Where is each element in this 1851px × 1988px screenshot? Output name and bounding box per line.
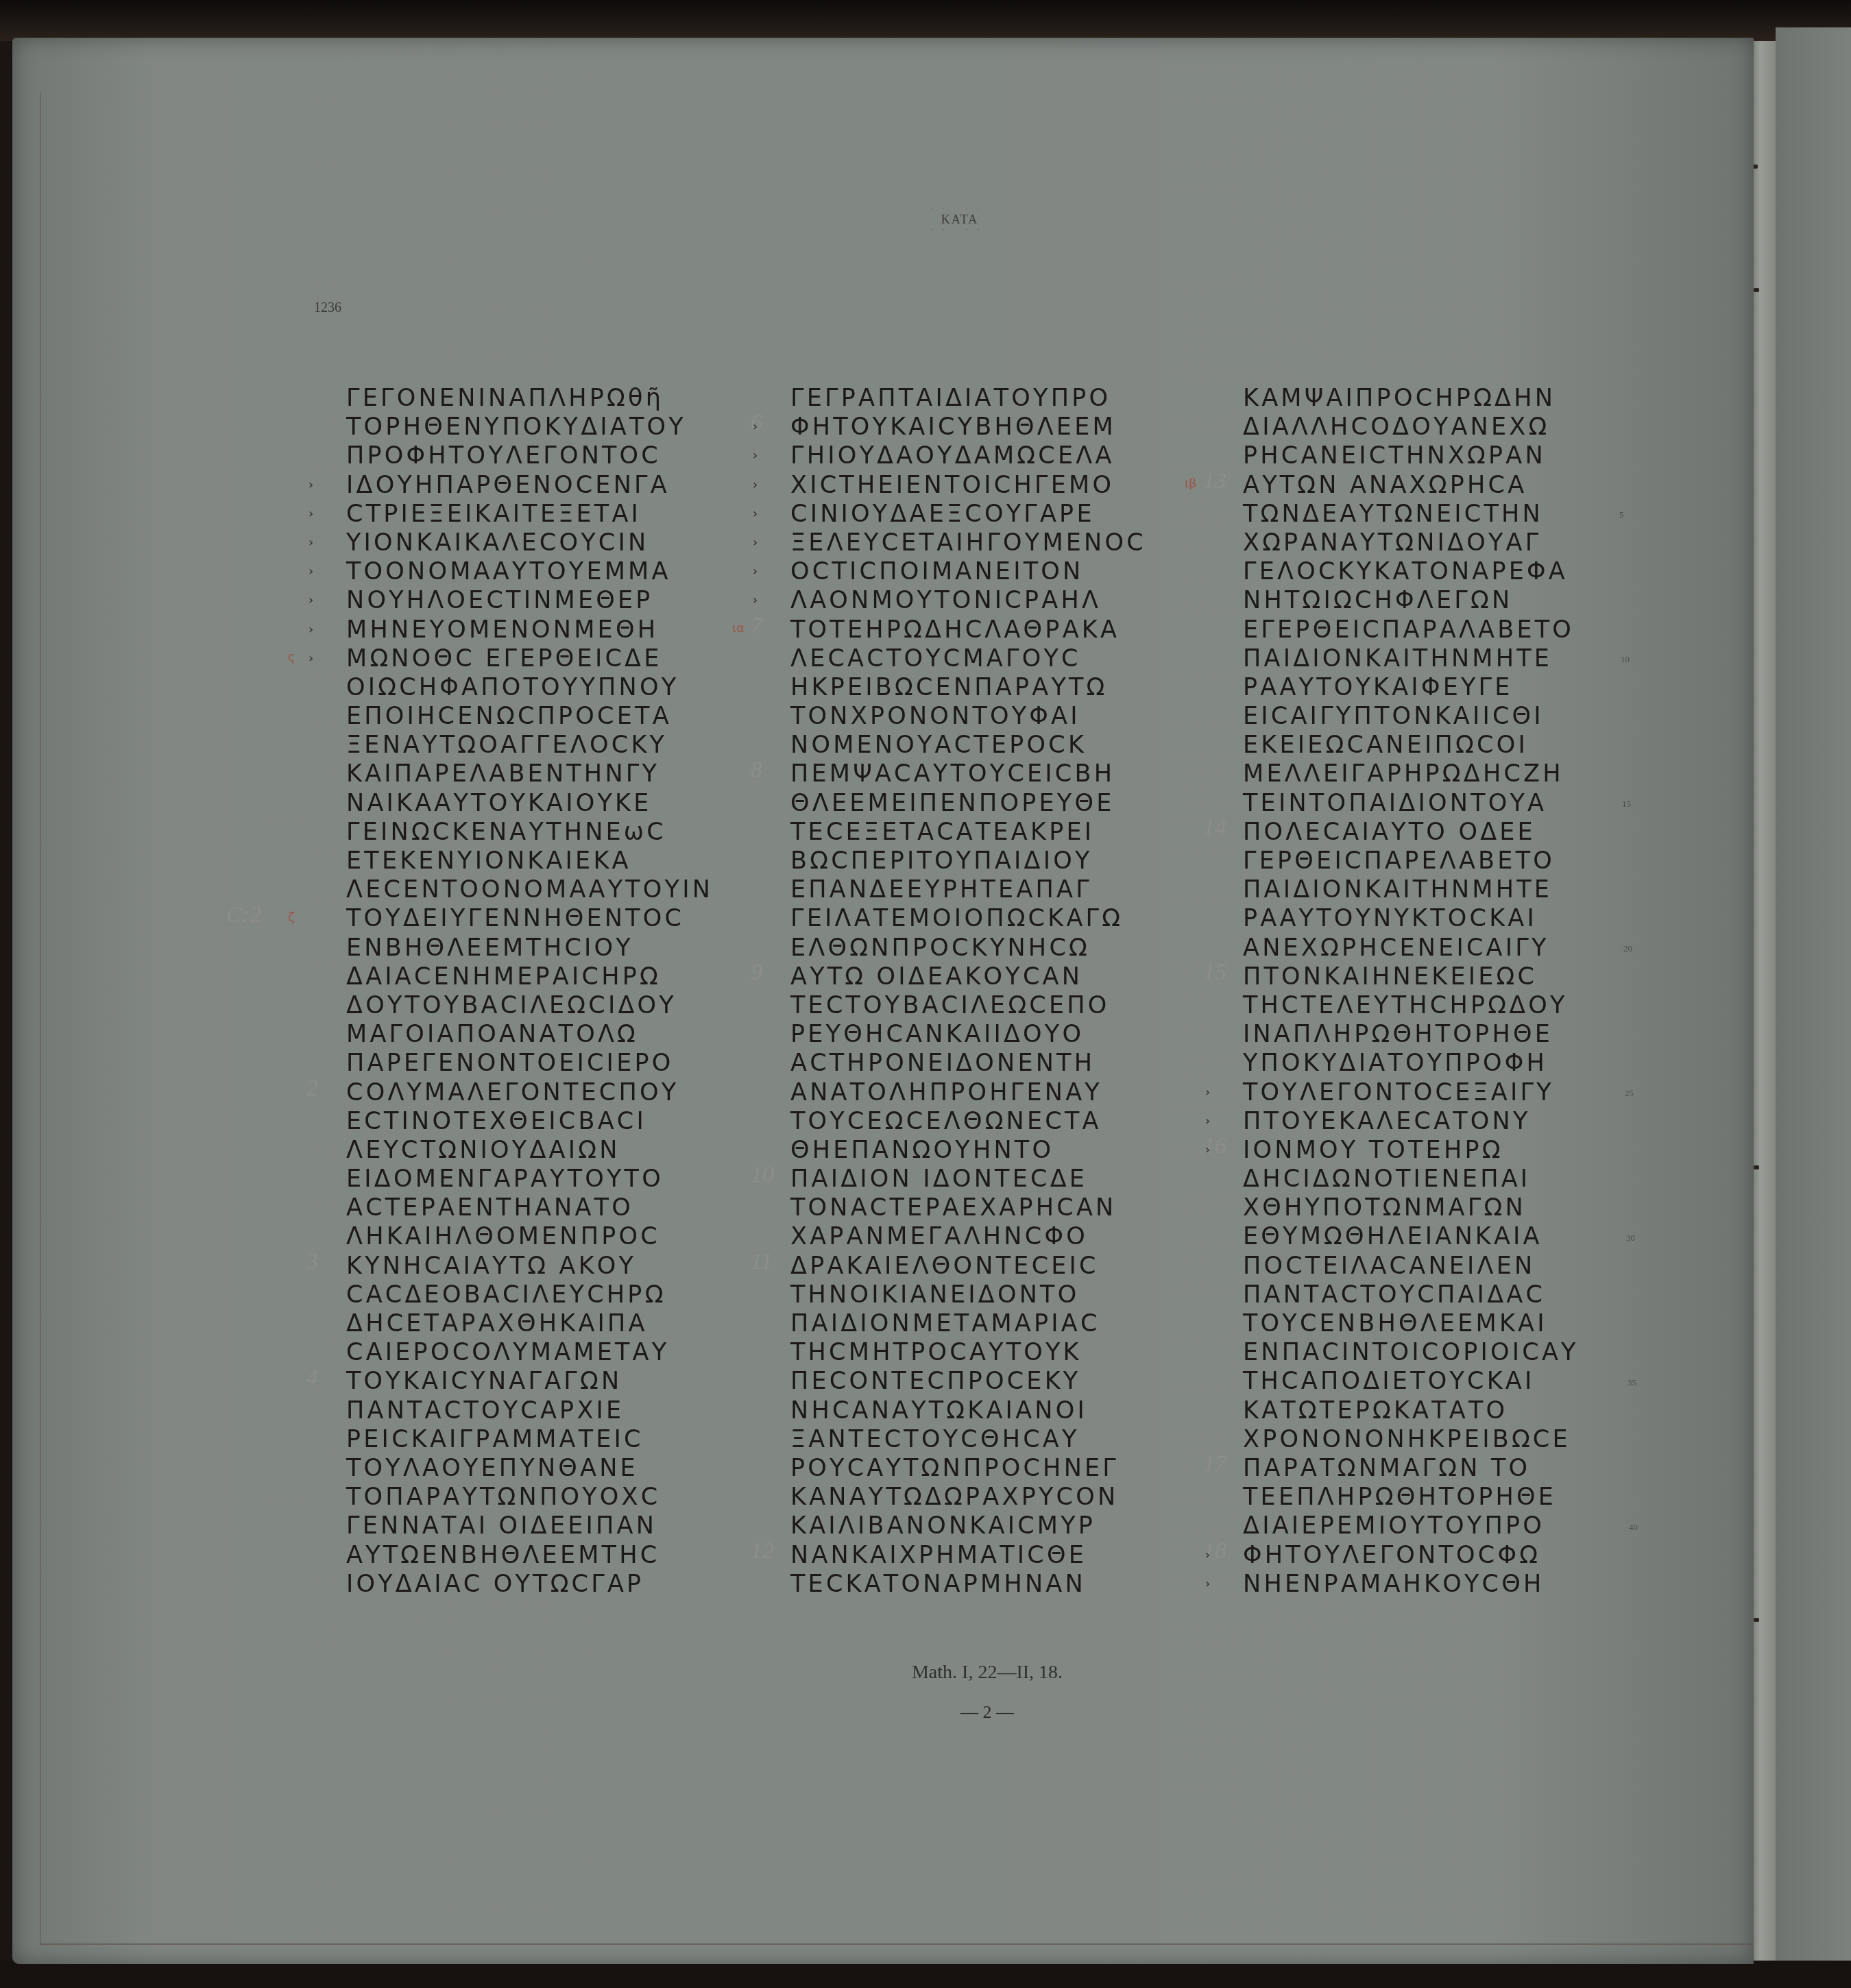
text-line: ΤΗϹΤΕΛΕΥΤΗϹΗΡΩΔΟΥ: [1243, 991, 1579, 1020]
text-line: ΔΗϹΙΔΩΝΟΤΙΕΝΕΠΑΙ: [1243, 1165, 1579, 1193]
text-line: ΜΩΝΟΘϹ ΕΓΕΡΘΕΙϹΔΕ: [346, 644, 713, 673]
text-line: ΛΕϹΑϹΤΟΥϹΜΑΓΟΥϹ: [790, 644, 1146, 673]
running-head-text: KATA: [929, 213, 991, 227]
text-line: ΔΙΑΛΛΗϹΟΔΟΥΑΝΕΧΩ: [1243, 413, 1579, 441]
text-line: ΥΙΟΝΚΑΙΚΑΛΕϹΟΥϹΙΝ: [346, 529, 713, 557]
text-line: ΘΗΕΠΑΝΩΟΥΗΝΤΟ: [790, 1136, 1146, 1165]
diple-quotation-mark: ›: [1205, 1085, 1210, 1100]
text-line: ΝΟΜΕΝΟΥΑϹΤΕΡΟϹΚ: [790, 731, 1146, 760]
diple-quotation-mark: ›: [753, 535, 758, 550]
text-line: ΛΕΥϹΤΩΝΙΟΥΔΑΙΩΝ: [346, 1136, 713, 1165]
pencil-verse-number: 15: [1203, 960, 1226, 986]
diple-quotation-mark: ›: [753, 478, 758, 492]
line-counter: 25: [1625, 1088, 1634, 1099]
text-line: ΕϹΤΙΝΟΤΕΧΘΕΙϹΒΑϹΙ: [346, 1107, 713, 1136]
pencil-verse-number: 7: [751, 613, 762, 639]
text-line: ΚΑΜΨΑΙΠΡΟϹΗΡΩΔΗΝ: [1243, 384, 1579, 413]
diple-quotation-mark: ›: [308, 593, 313, 607]
rubric-section-number: ζ: [288, 910, 295, 925]
text-line: ΠΑΙΔΙΟΝΚΑΙΤΗΝΜΗΤΕ: [1243, 644, 1579, 673]
pencil-verse-number: 4: [306, 1365, 318, 1391]
text-line: ΤΟΟΝΟΜΑΑΥΤΟΥΕΜΜΑ: [346, 557, 713, 586]
text-column-right: ΚΑΜΨΑΙΠΡΟϹΗΡΩΔΗΝΔΙΑΛΛΗϹΟΔΟΥΑΝΕΧΩΡΗϹΑΝΕΙϹ…: [1243, 384, 1579, 1599]
text-line: ΤΟΥΚΑΙϹΥΝΑΓΑΓΩΝ: [346, 1367, 713, 1396]
text-line: ΡΑΑΥΤΟΥΚΑΙΦΕΥΓΕ: [1243, 673, 1579, 702]
line-counter: 10: [1621, 654, 1630, 665]
text-line: ΔΡΑΚΑΙΕΛΘΟΝΤΕϹΕΙϹ: [790, 1252, 1146, 1281]
text-line: ΡΕΥΘΗϹΑΝΚΑΙΙΔΟΥΟ: [790, 1020, 1146, 1049]
text-line: ΙΟΝΜΟΥ ΤΟΤΕΗΡΩ: [1243, 1136, 1579, 1165]
text-line: ΓΕΓΡΑΠΤΑΙΔΙΑΤΟΥΠΡΟ: [790, 384, 1146, 413]
binding-stitch: [1754, 1165, 1759, 1169]
pencil-verse-number: 9: [751, 960, 762, 986]
text-line: ΙΝΑΠΛΗΡΩΘΗΤΟΡΗΘΕ: [1243, 1020, 1579, 1049]
text-line: ϹΤΡΙΕΞΕΙΚΑΙΤΕΞΕΤΑΙ: [346, 500, 713, 529]
text-line: ΟϹΤΙϹΠΟΙΜΑΝΕΙΤΟΝ: [790, 557, 1146, 586]
text-line: ΓΕΡΘΕΙϹΠΑΡΕΛΑΒΕΤΟ: [1243, 847, 1579, 875]
text-line: ΤΕϹΕΞΕΤΑϹΑΤΕΑΚΡΕΙ: [790, 818, 1146, 847]
text-line: ΤΟΥϹΕΩϹΕΛΘΩΝΕϹΤΑ: [790, 1107, 1146, 1136]
diple-quotation-mark: ›: [753, 564, 758, 579]
scripture-reference: Math. I, 22—II, 18.: [850, 1662, 1124, 1684]
line-counter: 30: [1626, 1233, 1635, 1244]
page-number: — 2 —: [850, 1702, 1124, 1723]
page-edge-left: [40, 93, 41, 1943]
text-line: ΕΝΒΗΘΛΕΕΜΤΗϹΙΟΥ: [346, 934, 713, 962]
text-line: ΘΛΕΕΜΕΙΠΕΝΠΟΡΕΥΘΕ: [790, 789, 1146, 818]
diple-quotation-mark: ›: [753, 593, 758, 607]
text-line: ΙΔΟΥΗΠΑΡΘΕΝΟϹΕΝΓΑ: [346, 471, 713, 500]
text-line: ΠΑΙΔΙΟΝΚΑΙΤΗΝΜΗΤΕ: [1243, 875, 1579, 904]
text-line: ϹΑϹΔΕΟΒΑϹΙΛΕΥϹΗΡΩ: [346, 1281, 713, 1309]
pencil-verse-number: 14: [1203, 815, 1226, 841]
text-line: ΤΕϹΤΟΥΒΑϹΙΛΕΩϹΕΠΟ: [790, 991, 1146, 1020]
text-line: ΜΗΝΕΥΟΜΕΝΟΝΜΕΘΗ: [346, 616, 713, 644]
text-line: ΤΟΥΛΕΓΟΝΤΟϹΕΞΑΙΓΥ: [1243, 1078, 1579, 1107]
text-line: ΕΙϹΑΙΓΥΠΤΟΝΚΑΙΙϹΘΙ: [1243, 702, 1579, 731]
pencil-verse-number: 3: [306, 1249, 318, 1275]
text-line: ΤΟΝΑϹΤΕΡΑΕΧΑΡΗϹΑΝ: [790, 1193, 1146, 1222]
text-line: ΔΑΙΑϹΕΝΗΜΕΡΑΙϹΗΡΩ: [346, 962, 713, 991]
text-line: ΕΠΑΝΔΕΕΥΡΗΤΕΑΠΑΓ: [790, 875, 1146, 904]
text-line: ΠΑΙΔΙΟΝΜΕΤΑΜΑΡΙΑϹ: [790, 1309, 1146, 1338]
text-line: ΦΗΤΟΥΛΕΓΟΝΤΟϹΦΩ: [1243, 1541, 1579, 1570]
text-line: ΤΕϹΚΑΤΟΝΑΡΜΗΝΑΝ: [790, 1570, 1146, 1599]
text-line: ΛΑΟΝΜΟΥΤΟΝΙϹΡΑΗΛ: [790, 586, 1146, 615]
text-line: ΚΥΝΗϹΑΙΑΥΤΩ ΑΚΟΥ: [346, 1252, 713, 1281]
text-line: ΟΙΩϹΗΦΑΠΟΤΟΥΥΠΝΟΥ: [346, 673, 713, 702]
diple-quotation-mark: ›: [753, 507, 758, 521]
text-column-left: ΓΕΓΟΝΕΝΙΝΑΠΛΗΡΩθῆΤΟΡΗΘΕΝΥΠΟΚΥΔΙΑΤΟΥΠΡΟΦΗ…: [346, 384, 713, 1599]
text-line: ΤΟΠΑΡΑΥΤΩΝΠΟΥΟΧϹ: [346, 1483, 713, 1512]
text-line: ΜΑΓΟΙΑΠΟΑΝΑΤΟΛΩ: [346, 1020, 713, 1049]
text-line: ΝΗϹΑΝΑΥΤΩΚΑΙΑΝΟΙ: [790, 1396, 1146, 1425]
text-line: ΤΗϹΜΗΤΡΟϹΑΥΤΟΥΚ: [790, 1338, 1146, 1367]
text-line: ΑΝΑΤΟΛΗΠΡΟΗΓΕΝΑΥ: [790, 1078, 1146, 1107]
text-line: ΠΟϹΤΕΙΛΑϹΑΝΕΙΛΕΝ: [1243, 1252, 1579, 1281]
diple-quotation-mark: ›: [308, 622, 313, 637]
text-line: ΤΟΝΧΡΟΝΟΝΤΟΥΦΑΙ: [790, 702, 1146, 731]
pencil-verse-number: 8: [751, 757, 762, 784]
page-edge-bottom: [40, 1943, 1754, 1945]
text-column-middle: ΓΕΓΡΑΠΤΑΙΔΙΑΤΟΥΠΡΟΦΗΤΟΥΚΑΙϹΥΒΗΘΛΕΕΜΓΗΙΟΥ…: [790, 384, 1146, 1599]
text-line: ΝΑΝΚΑΙΧΡΗΜΑΤΙϹΘΕ: [790, 1541, 1146, 1570]
text-line: ΑϹΤΕΡΑΕΝΤΗΑΝΑΤΟ: [346, 1193, 713, 1222]
text-line: ΠΑΡΕΓΕΝΟΝΤΟΕΙϹΙΕΡΟ: [346, 1049, 713, 1078]
text-line: ΑΥΤΩΝ ΑΝΑΧΩΡΗϹΑ: [1243, 471, 1579, 500]
text-line: ΑϹΤΗΡΟΝΕΙΔΟΝΕΝΤΗ: [790, 1049, 1146, 1078]
text-line: ΕΚΕΙΕΩϹΑΝΕΙΠΩϹΟΙ: [1243, 731, 1579, 760]
text-line: ΚΑΝΑΥΤΩΔΩΡΑΧΡΥϹΟΝ: [790, 1483, 1146, 1512]
text-line: ΕΘΥΜΩΘΗΛΕΙΑΝΚΑΙΑ: [1243, 1222, 1579, 1251]
text-line: ΑΥΤΩΕΝΒΗΘΛΕΕΜΤΗϹ: [346, 1541, 713, 1570]
text-line: ΔΟΥΤΟΥΒΑϹΙΛΕΩϹΙΔΟΥ: [346, 991, 713, 1020]
text-line: ΤΟΥΛΑΟΥΕΠΥΝΘΑΝΕ: [346, 1454, 713, 1483]
text-line: ΝΑΙΚΑΑΥΤΟΥΚΑΙΟΥΚΕ: [346, 789, 713, 818]
diple-quotation-mark: ›: [308, 535, 313, 550]
text-line: ΠΑΡΑΤΩΝΜΑΓΩΝ ΤΟ: [1243, 1454, 1579, 1483]
text-line: ΠΡΟΦΗΤΟΥΛΕΓΟΝΤΟϹ: [346, 441, 713, 470]
line-counter: 5: [1619, 509, 1624, 520]
diple-quotation-mark: ›: [1205, 1143, 1210, 1157]
text-line: ΤΗΝΟΙΚΙΑΝΕΙΔΟΝΤΟ: [790, 1281, 1146, 1309]
facing-page-edge: [1776, 27, 1851, 1961]
text-line: ΓΕΛΟϹΚΥΚΑΤΟΝΑΡΕΦΑ: [1243, 557, 1579, 586]
line-counter: 15: [1622, 799, 1631, 810]
text-line: ΠΑΙΔΙΟΝ ΙΔΟΝΤΕϹΔΕ: [790, 1165, 1146, 1193]
text-line: ΗΚΡΕΙΒΩϹΕΝΠΑΡΑΥΤΩ: [790, 673, 1146, 702]
line-counter: 20: [1623, 943, 1632, 954]
running-head-dots: ·· ··: [929, 206, 991, 213]
text-line: ΠΑΝΤΑϹΤΟΥϹΑΡΧΙΕ: [346, 1396, 713, 1425]
pencil-verse-number: 13: [1203, 468, 1226, 494]
text-line: ΡΑΑΥΤΟΥΝΥΚΤΟϹΚΑΙ: [1243, 904, 1579, 933]
text-line: ΤΕΕΠΛΗΡΩΘΗΤΟΡΗΘΕ: [1243, 1483, 1579, 1512]
text-line: ΑΥΤΩ ΟΙΔΕΑΚΟΥϹΑΝ: [790, 962, 1146, 991]
text-line: ΙΟΥΔΑΙΑϹ ΟΥΤΩϹΓΑΡ: [346, 1570, 713, 1599]
text-line: ΚΑΙΛΙΒΑΝΟΝΚΑΙϹΜΥΡ: [790, 1512, 1146, 1540]
text-line: ΠΤΟΝΚΑΙΗΝΕΚΕΙΕΩϹ: [1243, 962, 1579, 991]
rubric-section-number: ς: [288, 650, 295, 664]
text-line: ΛΗΚΑΙΗΛΘΟΜΕΝΠΡΟϹ: [346, 1222, 713, 1251]
text-line: ΝΗΕΝΡΑΜΑΗΚΟΥϹΘΗ: [1243, 1570, 1579, 1599]
text-line: ΤΗϹΑΠΟΔΙΕΤΟΥϹΚΑΙ: [1243, 1367, 1579, 1396]
folio-number: 1236: [314, 300, 341, 316]
text-line: ΑΝΕΧΩΡΗϹΕΝΕΙϹΑΙΓΥ: [1243, 934, 1579, 962]
pencil-verse-number: 12: [751, 1538, 774, 1564]
diple-quotation-mark: ›: [308, 478, 313, 492]
diple-quotation-mark: ›: [1205, 1548, 1210, 1562]
text-line: ΠΕϹΟΝΤΕϹΠΡΟϹΕΚΥ: [790, 1367, 1146, 1396]
text-line: ΜΕΛΛΕΙΓΑΡΗΡΩΔΗϹΖΗ: [1243, 760, 1579, 788]
text-line: ΕΤΕΚΕΝΥΙΟΝΚΑΙΕΚΑ: [346, 847, 713, 875]
text-line: ΥΠΟΚΥΔΙΑΤΟΥΠΡΟΦΗ: [1243, 1049, 1579, 1078]
text-line: ΕΛΘΩΝΠΡΟϹΚΥΝΗϹΩ: [790, 934, 1146, 962]
text-line: ΡΕΙϹΚΑΙΓΡΑΜΜΑΤΕΙϹ: [346, 1425, 713, 1454]
text-line: ΓΕΓΟΝΕΝΙΝΑΠΛΗΡΩθῆ: [346, 384, 713, 413]
line-counter: 40: [1629, 1522, 1638, 1533]
book-binding-bottom: [0, 1961, 1851, 1988]
pencil-verse-number: 10: [751, 1162, 774, 1188]
diple-quotation-mark: ›: [308, 507, 313, 521]
text-line: ΚΑΤΩΤΕΡΩΚΑΤΑΤΟ: [1243, 1396, 1579, 1425]
text-line: ΞΑΝΤΕϹΤΟΥϹΘΗϹΑΥ: [790, 1425, 1146, 1454]
book-binding-top: [0, 0, 1851, 41]
pencil-verse-number: 11: [751, 1249, 772, 1275]
text-line: ΓΕΝΝΑΤΑΙ ΟΙΔΕΕΙΠΑΝ: [346, 1512, 713, 1540]
text-line: ΧΩΡΑΝΑΥΤΩΝΙΔΟΥΑΓ: [1243, 529, 1579, 557]
text-line: ΠΑΝΤΑϹΤΟΥϹΠΑΙΔΑϹ: [1243, 1281, 1579, 1309]
text-line: ΧΑΡΑΝΜΕΓΑΛΗΝϹΦΟ: [790, 1222, 1146, 1251]
text-line: ΤΕΙΝΤΟΠΑΙΔΙΟΝΤΟΥΑ: [1243, 789, 1579, 818]
text-line: ΒΩϹΠΕΡΙΤΟΥΠΑΙΔΙΟΥ: [790, 847, 1146, 875]
pencil-verse-number: 2: [306, 1076, 318, 1102]
rubric-section-number: ιβ: [1185, 476, 1197, 491]
line-counter: 35: [1628, 1377, 1636, 1388]
text-line: ΤΟΥϹΕΝΒΗΘΛΕΕΜΚΑΙ: [1243, 1309, 1579, 1338]
pencil-verse-number: C:2: [226, 902, 261, 928]
text-line: ΠΟΛΕϹΑΙΑΥΤΟ ΟΔΕΕ: [1243, 818, 1579, 847]
diple-quotation-mark: ›: [1205, 1114, 1210, 1128]
text-line: ΡΟΥϹΑΥΤΩΝΠΡΟϹΗΝΕΓ: [790, 1454, 1146, 1483]
text-line: ΤΟΥΔΕΙΥΓΕΝΝΗΘΕΝΤΟϹ: [346, 904, 713, 933]
running-head: ·· ·· KATA ·· ··: [929, 206, 991, 234]
text-line: ΕΓΕΡΘΕΙϹΠΑΡΑΛΑΒΕΤΟ: [1243, 616, 1579, 644]
text-line: ΤΩΝΔΕΑΥΤΩΝΕΙϹΤΗΝ: [1243, 500, 1579, 529]
text-line: ΓΕΙΛΑΤΕΜΟΙΟΠΩϹΚΑΓΩ: [790, 904, 1146, 933]
text-line: ϹΟΛΥΜΑΛΕΓΟΝΤΕϹΠΟΥ: [346, 1078, 713, 1107]
text-line: ϹΙΝΙΟΥΔΑΕΞϹΟΥΓΑΡΕ: [790, 500, 1146, 529]
text-line: ΔΙΑΙΕΡΕΜΙΟΥΤΟΥΠΡΟ: [1243, 1512, 1579, 1540]
binding-stitch: [1754, 288, 1759, 292]
text-line: ΕΠΟΙΗϹΕΝΩϹΠΡΟϹΕΤΑ: [346, 702, 713, 731]
text-line: ϹΑΙΕΡΟϹΟΛΥΜΑΜΕΤΑΥ: [346, 1338, 713, 1367]
text-line: ΚΑΙΠΑΡΕΛΑΒΕΝΤΗΝΓΥ: [346, 760, 713, 788]
diple-quotation-mark: ›: [753, 448, 758, 463]
text-line: ΦΗΤΟΥΚΑΙϹΥΒΗΘΛΕΕΜ: [790, 413, 1146, 441]
text-line: ΠΤΟΥΕΚΑΛΕϹΑΤΟΝΥ: [1243, 1107, 1579, 1136]
text-line: ΛΕϹΕΝΤΟΟΝΟΜΑΑΥΤΟΥΙΝ: [346, 875, 713, 904]
running-head-dots: ·· ··: [929, 227, 991, 234]
text-line: ΕΝΠΑϹΙΝΤΟΙϹΟΡΙΟΙϹΑΥ: [1243, 1338, 1579, 1367]
text-line: ΡΗϹΑΝΕΙϹΤΗΝΧΩΡΑΝ: [1243, 441, 1579, 470]
text-line: ΞΕΛΕΥϹΕΤΑΙΗΓΟΥΜΕΝΟϹ: [790, 529, 1146, 557]
text-line: ΤΟΡΗΘΕΝΥΠΟΚΥΔΙΑΤΟΥ: [346, 413, 713, 441]
text-line: ΝΟΥΗΛΟΕϹΤΙΝΜΕΘΕΡ: [346, 586, 713, 615]
text-line: ΕΙΔΟΜΕΝΓΑΡΑΥΤΟΥΤΟ: [346, 1165, 713, 1193]
diple-quotation-mark: ›: [308, 564, 313, 579]
text-line: ΞΕΝΑΥΤΩΟΑΓΓΕΛΟϹΚΥ: [346, 731, 713, 760]
diple-quotation-mark: ›: [308, 651, 313, 666]
text-line: ΓΗΙΟΥΔΑΟΥΔΑΜΩϹΕΛΑ: [790, 441, 1146, 470]
rubric-section-number: ια: [732, 621, 745, 635]
text-line: ΠΕΜΨΑϹΑΥΤΟΥϹΕΙϹΒΗ: [790, 760, 1146, 788]
text-line: ΧΘΗΥΠΟΤΩΝΜΑΓΩΝ: [1243, 1193, 1579, 1222]
text-line: ΓΕΙΝΩϹΚΕΝΑΥΤΗΝΕωϹ: [346, 818, 713, 847]
text-line: ΧΡΟΝΟΝΟΝΗΚΡΕΙΒΩϹΕ: [1243, 1425, 1579, 1454]
text-line: ΤΟΤΕΗΡΩΔΗϹΛΑΘΡΑΚΑ: [790, 616, 1146, 644]
pencil-verse-number: 17: [1203, 1451, 1226, 1477]
text-line: ΝΗΤΩΙΩϹΗΦΛΕΓΩΝ: [1243, 586, 1579, 615]
binding-stitch: [1754, 1618, 1759, 1622]
diple-quotation-mark: ›: [753, 420, 758, 434]
text-line: ΧΙϹΤΗΕΙΕΝΤΟΙϹΗΓΕΜΟ: [790, 471, 1146, 500]
text-line: ΔΗϹΕΤΑΡΑΧΘΗΚΑΙΠΑ: [346, 1309, 713, 1338]
diple-quotation-mark: ›: [1205, 1577, 1210, 1591]
